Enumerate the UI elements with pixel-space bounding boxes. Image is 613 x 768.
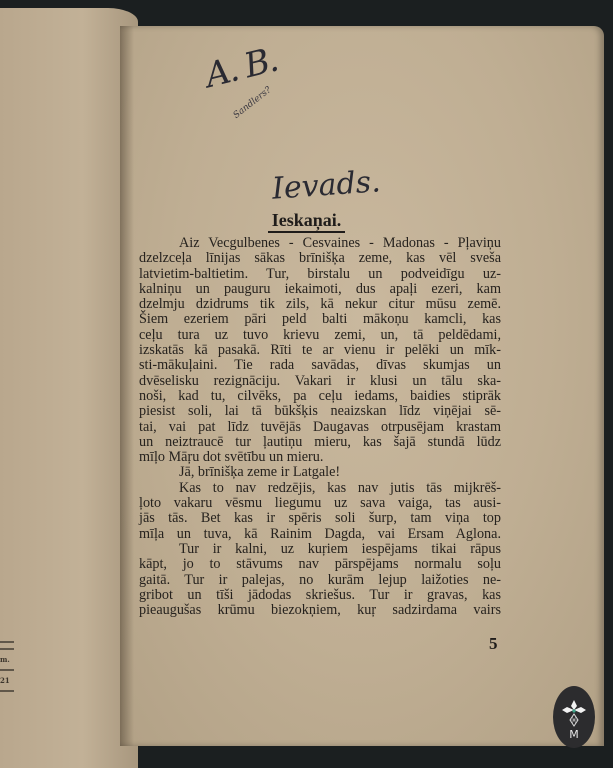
text-line: Tur ir kalni, uz kuŗiem iespējams tikai … [139, 542, 501, 557]
left-mark-1: m. [0, 655, 14, 664]
text-line: ļoto vakaru vēsmu liegumu uz sava vaiga,… [139, 496, 501, 511]
text-line: Aiz Vecgulbenes - Cesvaines - Madonas - … [139, 236, 501, 251]
text-line: kāpt, jo to stāvums nav pārspējams norma… [139, 557, 501, 572]
text-line: pieaugušas krūmu biezokņiem, kuŗ sadzird… [139, 603, 501, 618]
text-line: un neiztraucē tur ļautiņu mieru, kas šaj… [139, 435, 501, 450]
left-page-marks: m. 21 [0, 636, 14, 697]
chapter-title-wrap: Ieskaņai. [0, 210, 613, 231]
page-number: 5 [489, 634, 498, 654]
text-line: ceļu tura uz tuvo krievu zemi, un, tā pe… [139, 328, 501, 343]
text-line: jās tās. Bet kas ir spēris soli šurp, ta… [139, 511, 501, 526]
text-line: Kas to nav redzējis, kas nav jutis tās m… [139, 481, 501, 496]
left-mark-2: 21 [0, 676, 14, 685]
chapter-title: Ieskaņai. [268, 210, 346, 233]
text-line: Šiem ezeriem pāri peld balti mākoņu kamc… [139, 312, 501, 327]
svg-text:M: M [569, 728, 579, 741]
text-line: mīļa un tuva, kā Rainim Dagda, vai Ersam… [139, 527, 501, 542]
logo-icon: M [553, 686, 595, 748]
text-line: izskatās kā pasakā. Rīti te ar vienu ir … [139, 343, 501, 358]
text-line: kalniņu un pauguru iekaimoti, dus apaļi … [139, 282, 501, 297]
text-line: gaitā. Tur ir palejas, no kurām lejup la… [139, 573, 501, 588]
text-line: Jā, brīnišķa zeme ir Latgale! [139, 465, 501, 480]
text-line: tai, vai pat līdz tuvējās Daugavas otrpu… [139, 420, 501, 435]
body-text: Aiz Vecgulbenes - Cesvaines - Madonas - … [139, 236, 501, 618]
watermark-logo[interactable]: M [553, 686, 595, 748]
text-line: mīļo Māŗu dot svētību un mieru. [139, 450, 501, 465]
text-line: dzelzceļa līnijas sākas brīnišķa zeme, k… [139, 251, 501, 266]
text-line: sti-mākuļaini. Tie rada savādas, dīvas s… [139, 358, 501, 373]
text-line: gribot un tīši jādodas skriešus. Tur ir … [139, 588, 501, 603]
spine-shadow [120, 26, 134, 746]
text-line: latvietim-baltietim. Tur, birstalu un po… [139, 267, 501, 282]
text-line: noši, kad tu, cilvēks, pa ceļu iedams, b… [139, 389, 501, 404]
text-line: dvēselisku rezignāciju. Vakari ir klusi … [139, 374, 501, 389]
text-line: piesist soli, lai tā būkšķis neaizskan l… [139, 404, 501, 419]
left-page: m. 21 [0, 8, 138, 768]
